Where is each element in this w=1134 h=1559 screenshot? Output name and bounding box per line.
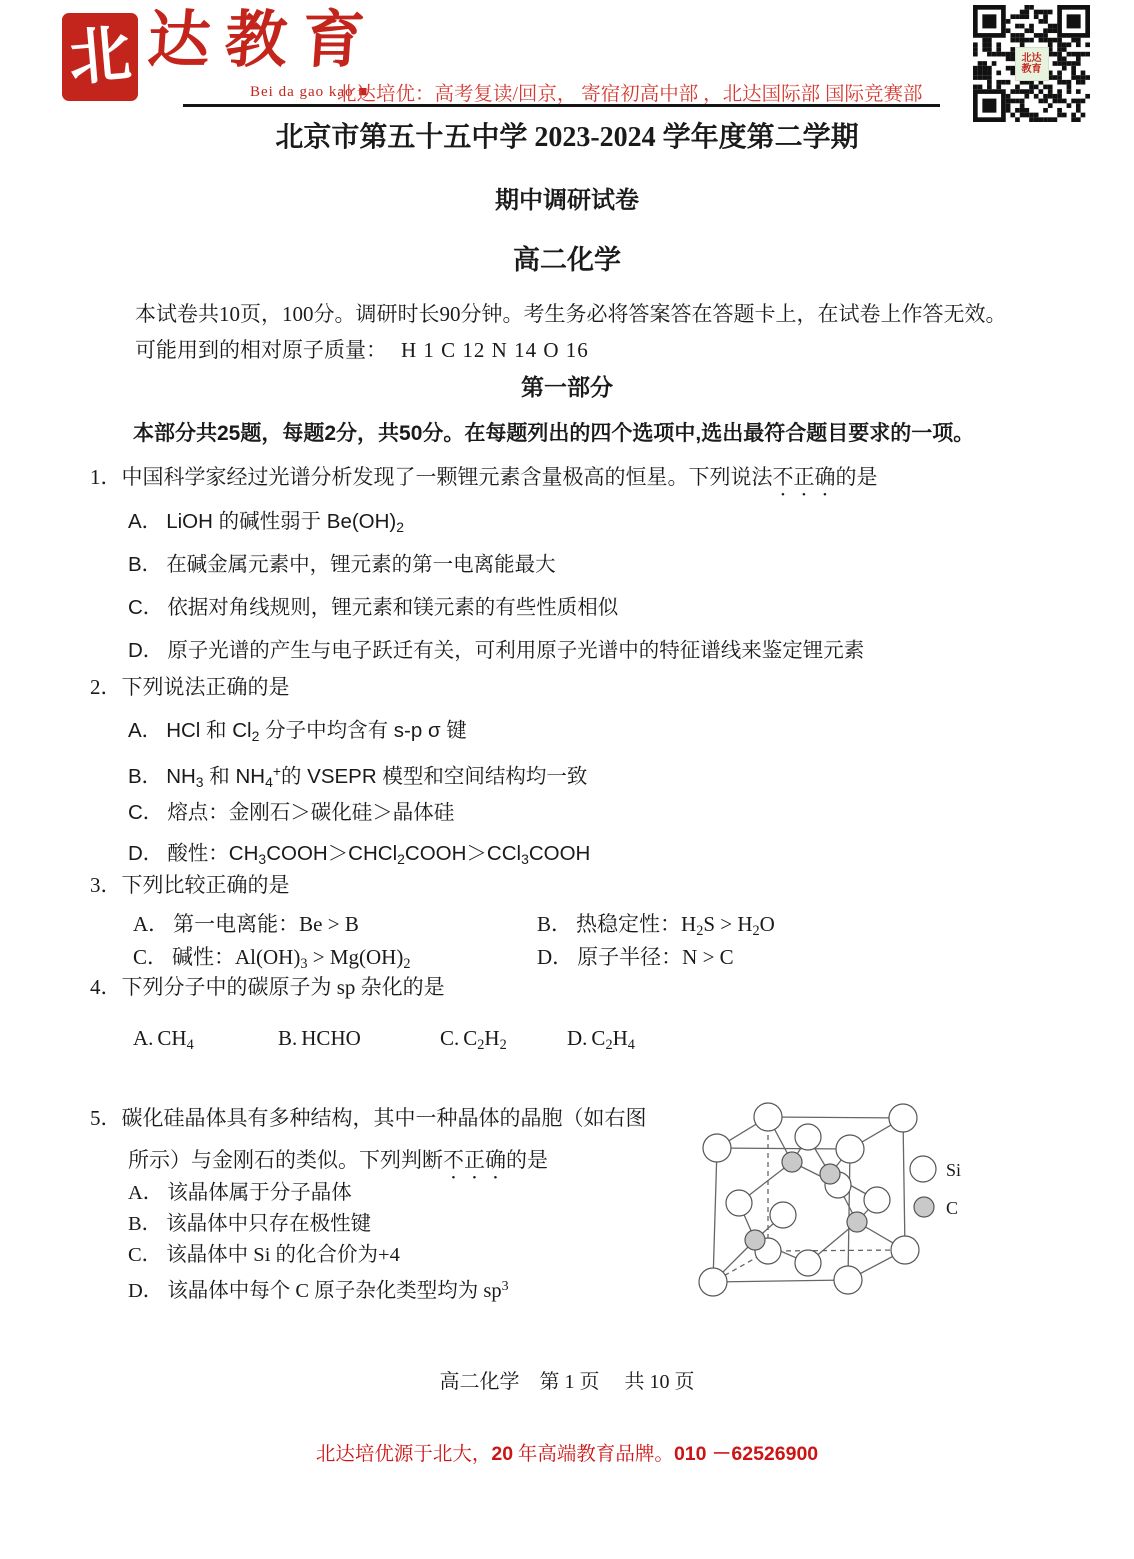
- option-d: D．原子半径：N > C: [537, 941, 775, 974]
- option-c: C．熔点：金刚石＞碳化硅＞晶体硅: [128, 792, 590, 833]
- option-a: A．第一电离能：Be > B: [133, 908, 537, 941]
- option-c: C．依据对角线规则，锂元素和镁元素的有些性质相似: [128, 586, 864, 629]
- header-tagline: 北达培优：高考复读/回京， 寄宿初高中部 ，北达国际部 国际竞赛部: [337, 78, 923, 106]
- atomic-masses-values: H 1 C 12 N 14 O 16: [401, 338, 589, 362]
- part-one-description: 本部分共25题，每题2分，共50分。在每题列出的四个选项中,选出最符合题目要求的…: [133, 419, 974, 449]
- option-c: C.C2H2: [440, 1020, 507, 1056]
- option-a: A．该晶体属于分子晶体: [128, 1178, 509, 1209]
- crystal-structure-svg: Si C: [690, 1085, 1000, 1320]
- crystal-unit-cell-figure: Si C: [690, 1085, 1000, 1320]
- question-5-stem-line1: 5．碳化硅晶体具有多种结构，其中一种晶体的晶胞（如右图: [90, 1103, 647, 1133]
- question-1-stem: 1．中国科学家经过光谱分析发现了一颗锂元素含量极高的恒星。下列说法不正确的是: [90, 462, 878, 501]
- option-b: B．该晶体中只存在极性键: [128, 1209, 509, 1240]
- option-d: D．原子光谱的产生与电子跃迁有关，可利用原子光谱中的特征谱线来鉴定锂元素: [128, 629, 864, 672]
- legend-c-symbol: [914, 1197, 934, 1217]
- option-b: B．NH3 和 NH4+的 VSEPR 模型和空间结构均一致: [128, 751, 590, 792]
- question-1-options: A．LiOH 的碱性弱于 Be(OH)2 B．在碱金属元素中，锂元素的第一电离能…: [128, 500, 864, 672]
- option-c: C．该晶体中 Si 的化合价为+4: [128, 1240, 509, 1271]
- promo-footer: 北达培优源于北大，20 年高端教育品牌。010 －62526900: [0, 1440, 1134, 1469]
- question-4-stem: 4．下列分子中的碳原子为 sp 杂化的是: [90, 972, 445, 1002]
- exam-title: 北京市第五十五中学 2023-2024 学年度第二学期: [0, 118, 1134, 158]
- atomic-masses-label: 可能用到的相对原子质量：: [135, 338, 387, 362]
- seal-character: 北: [66, 23, 133, 90]
- option-d: D．酸性：CH3COOH＞CHCl2COOH＞CCl3COOH: [128, 833, 590, 874]
- part-one-heading: 第一部分: [0, 371, 1134, 403]
- option-d: D．该晶体中每个 C 原子杂化类型均为 sp3: [128, 1271, 509, 1302]
- page-number-footer: 高二化学 第 1 页 共 10 页: [0, 1367, 1134, 1397]
- question-3-options: A．第一电离能：Be > B B．热稳定性：H2S > H2O C．碱性：Al(…: [133, 908, 775, 974]
- exam-instructions: 本试卷共10页，100分。调研时长90分钟。考生务必将答案答在答题卡上，在试卷上…: [135, 299, 1007, 329]
- legend-si-label: Si: [946, 1160, 961, 1180]
- option-c: C．碱性：Al(OH)3 > Mg(OH)2: [133, 941, 537, 974]
- atomic-masses-line: 可能用到的相对原子质量：H 1 C 12 N 14 O 16: [135, 335, 589, 365]
- subject-title: 高二化学: [0, 242, 1134, 278]
- exam-subtitle: 期中调研试卷: [0, 184, 1134, 218]
- option-a: A．HCl 和 Cl2 分子中均含有 s-p σ 键: [128, 710, 590, 751]
- question-2-options: A．HCl 和 Cl2 分子中均含有 s-p σ 键 B．NH3 和 NH4+的…: [128, 710, 590, 874]
- option-d: D.C2H4: [567, 1020, 635, 1056]
- header-divider: [183, 104, 940, 107]
- figure-legend: Si C: [910, 1156, 961, 1218]
- legend-c-label: C: [946, 1198, 958, 1218]
- brand-seal-logo: 北: [62, 13, 138, 101]
- question-3-stem: 3．下列比较正确的是: [90, 870, 290, 900]
- option-a: A．LiOH 的碱性弱于 Be(OH)2: [128, 500, 864, 543]
- qr-code: 北达 教育: [973, 5, 1090, 122]
- legend-si-symbol: [910, 1156, 936, 1182]
- exam-page: 北 达教育 Bei da gao kao ■ 北达培优：高考复读/回京， 寄宿初…: [0, 0, 1134, 1559]
- option-a: A.CH4: [133, 1020, 194, 1056]
- question-5-options: A．该晶体属于分子晶体 B．该晶体中只存在极性键 C．该晶体中 Si 的化合价为…: [128, 1178, 509, 1302]
- option-b: B．热稳定性：H2S > H2O: [537, 908, 775, 941]
- brand-calligraphy-text: 达教育: [145, 4, 381, 78]
- qr-center-logo: 北达 教育: [1015, 47, 1049, 81]
- question-2-stem: 2．下列说法正确的是: [90, 672, 290, 702]
- option-b: B．在碱金属元素中，锂元素的第一电离能最大: [128, 543, 864, 586]
- option-b: B.HCHO: [278, 1020, 361, 1056]
